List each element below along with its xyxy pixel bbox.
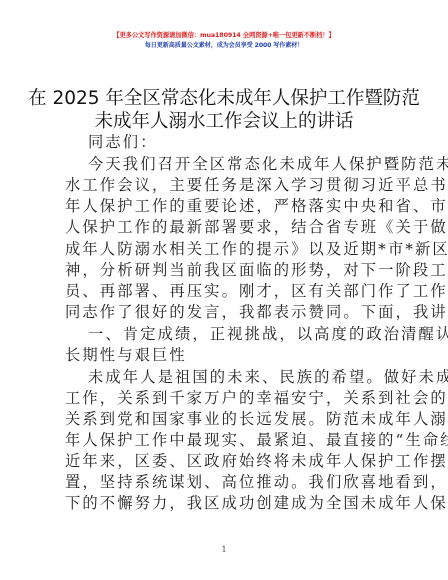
section-heading-line: 长期性与艰巨性 [65,345,187,366]
paragraph-line: 神，分析研判当前我区面临的形势，对下一阶段工作进行再动 [65,260,448,281]
paragraph-line: 置，坚持系统谋划、高位推动。我们欣喜地看到，经过全区上 [65,472,448,493]
paragraph-line: 工作，关系到千家万户的幸福安宁，关系到社会的和谐稳定， [65,388,448,409]
paragraph-line: 下的不懈努力，我区成功创建成为全国未成年人保护示范区， [65,493,448,514]
paragraph-line: 年人保护工作的重要论述，严格落实中央和省、市关于未成年 [65,196,448,217]
paragraph-line: 员、再部署、再压实。刚才，区有关部门作了工作汇报，部分 [65,281,448,302]
document-title-line-1: 在 2025 年全区常态化未成年人保护工作暨防范 [0,87,448,110]
promo-banner-line-2: 每日更新高质量公文素材，成为会员享受 2000 写作素材！ [0,40,448,49]
promo-banner-line-1: 【更多公文写作资源请加微信：mua180914 全网资源+唯一包更新不断档！】 [0,30,448,39]
paragraph-line: 人保护工作的最新部署要求，结合省专班《关于做好开学后未 [65,217,448,238]
salutation: 同志们： [88,132,158,153]
paragraph-line: 今天我们召开全区常态化未成年人保护暨防范未成年人溺 [88,154,448,175]
paragraph-line: 水工作会议，主要任务是深入学习贯彻习近平总书记关于未成 [65,175,448,196]
paragraph-line: 未成年人是祖国的未来、民族的希望。做好未成年人保护 [88,367,448,388]
document-title-line-2: 未成年人溺水工作会议上的讲话 [0,110,448,133]
paragraph-line: 同志作了很好的发言，我都表示赞同。下面，我讲几点意见。 [65,302,448,323]
paragraph-line: 关系到党和国家事业的长远发展。防范未成年人溺水，是未成 [65,409,448,430]
paragraph-line: 近年来，区委、区政府始终将未成年人保护工作摆在突出位 [65,451,448,472]
paragraph-line: 年人保护工作中最现实、最紧迫、最直接的“生命线工程”。 [65,430,448,451]
page-number: 1 [0,545,448,554]
paragraph-line: 成年人防溺水相关工作的提示》以及近期*市*新区专题会议精 [65,239,448,260]
document-page: 【更多公文写作资源请加微信：mua180914 全网资源+唯一包更新不断档！】 … [0,0,448,580]
section-heading-line: 一、肯定成绩，正视挑战，以高度的政治清醒认识工作的 [88,324,448,345]
